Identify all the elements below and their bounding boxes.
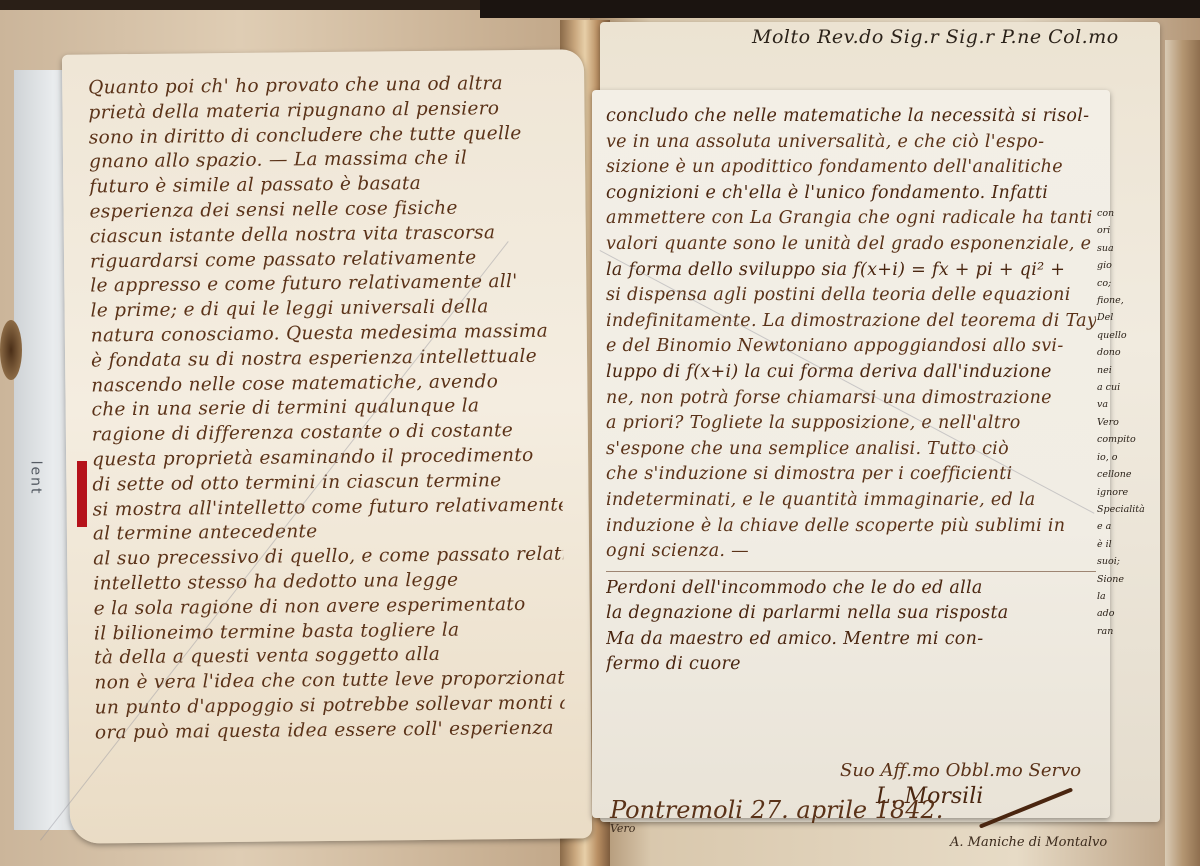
margin-fragment: Specialità [1097,501,1157,518]
margin-fragment: compito [1097,431,1157,448]
margin-fragment: va [1097,396,1157,413]
signature-block: Suo Aff.mo Obbl.mo Servo L. Morsili Pont… [606,678,1096,818]
margin-fragment: è il [1097,536,1157,553]
margin-fragments: con ori sua gio co; fione, Del quello do… [1097,205,1157,640]
margin-fragment: Vero [1097,414,1157,431]
place-and-date: Pontremoli 27. aprile 1842. [610,796,943,824]
section-divider [606,571,1096,572]
margin-fragment: suoi; [1097,553,1157,570]
postscript-line: la degnazione di parlarmi nella sua risp… [606,601,1096,627]
letter-line: cognizioni e ch'ella è l'unico fondament… [606,181,1096,207]
postscript-line: Perdoni dell'incommodo che le do ed alla [606,576,1096,602]
right-page-letter: concludo che nelle matematiche la necess… [592,90,1110,818]
postscript-line: Ma da maestro ed amico. Mentre mi con- [606,627,1096,653]
letter-line: sizione è un apodittico fondamento dell'… [606,155,1096,181]
margin-fragment: a cui [1097,379,1157,396]
letter-line: la forma dello sviluppo sia f(x+i) = fx … [606,258,1096,284]
margin-fragment: cellone [1097,466,1157,483]
letter-line: induzione è la chiave delle scoperte più… [606,514,1096,540]
margin-fragment: nei [1097,362,1157,379]
red-bookmark-tab [77,461,87,527]
left-page: Quanto poi ch' ho provato che una od alt… [62,49,592,843]
letter-line: indefinitamente. La dimostrazione del te… [606,309,1096,335]
letter-line: luppo di f(x+i) la cui forma deriva dall… [606,360,1096,386]
margin-fragment: e a [1097,518,1157,535]
margin-fragment: ori [1097,222,1157,239]
letter-line: ammettere con La Grangia che ogni radica… [606,206,1096,232]
margin-fragment: con [1097,205,1157,222]
margin-fragment: ado [1097,605,1157,622]
margin-fragment: gio [1097,257,1157,274]
margin-fragment: io, o [1097,449,1157,466]
handwritten-line: ora può mai questa idea essere coll' esp… [95,716,565,746]
margin-fragment: la [1097,588,1157,605]
letter-line: s'espone che una semplice analisi. Tutto… [606,437,1096,463]
closing-formula: Suo Aff.mo Obbl.mo Servo [840,760,1081,781]
letter-line: ve in una assoluta universalità, e che c… [606,130,1096,156]
letter-line: e del Binomio Newtoniano appoggiandosi a… [606,334,1096,360]
letter-line: a priori? Togliete la supposizione, e ne… [606,411,1096,437]
letter-salutation-header: Molto Rev.do Sig.r Sig.r P.ne Col.mo [752,26,1119,48]
margin-fragment: ran [1097,623,1157,640]
letter-line: ne, non potrà forse chiamarsi una dimost… [606,386,1096,412]
margin-fragment: ignore [1097,484,1157,501]
ink-stain [0,320,22,380]
handwritten-line: e la sola ragione di non avere esperimen… [94,592,564,622]
margin-fragment: fione, [1097,292,1157,309]
letter-line: si dispensa agli postini della teoria de… [606,283,1096,309]
letter-line: indeterminati, e le quantità immaginarie… [606,488,1096,514]
page-edges-right [1165,40,1200,866]
dark-background [480,0,1200,18]
bottom-mark: Vero [610,822,635,835]
handwritten-line: le appresso e come futuro relativamente … [90,270,560,300]
margin-fragment: co; [1097,275,1157,292]
margin-fragment: Sione [1097,571,1157,588]
margin-fragment: sua [1097,240,1157,257]
strip-label: lent [27,461,43,496]
letter-line: concludo che nelle matematiche la necess… [606,104,1096,130]
postscript-line: fermo di cuore [606,652,1096,678]
manuscript-photo: lent Quanto poi ch' ho provato che una o… [0,0,1200,866]
margin-fragment: quello [1097,327,1157,344]
margin-fragment: Del [1097,309,1157,326]
handwritten-line: al suo precessivo di quello, e come pass… [93,543,563,573]
margin-fragment: dono [1097,344,1157,361]
letter-line: ogni scienza. — [606,539,1096,565]
bottom-annotation: A. Maniche di Montalvo [950,835,1107,850]
letter-line: valori quante sono le unità del grado es… [606,232,1096,258]
handwritten-line: ciascun istante della nostra vita trasco… [90,220,560,250]
